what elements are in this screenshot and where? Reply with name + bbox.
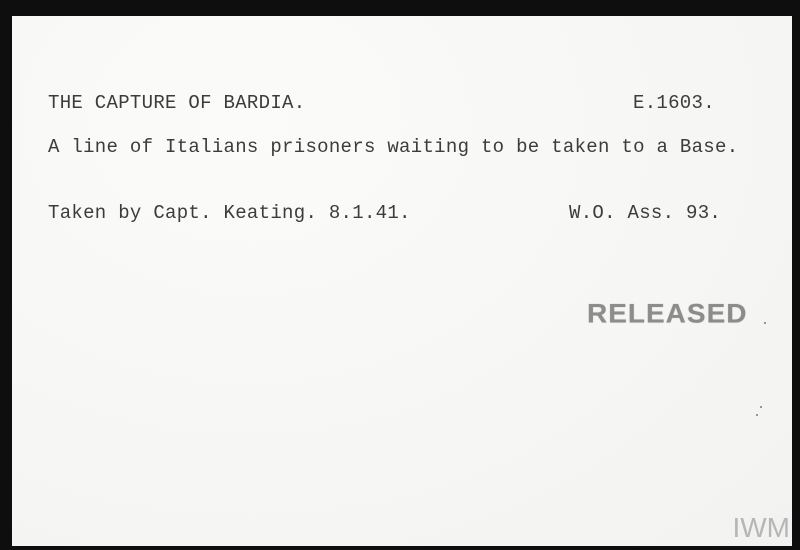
ink-speck: [760, 406, 762, 408]
photo-caption: A line of Italians prisoners waiting to …: [48, 136, 788, 158]
released-stamp: RELEASED: [587, 299, 747, 329]
archive-index-card: THE CAPTURE OF BARDIA. E.1603. A line of…: [12, 16, 792, 546]
ink-speck: [756, 414, 758, 416]
card-title: THE CAPTURE OF BARDIA.: [48, 92, 305, 114]
ink-speck: [764, 322, 766, 324]
photographer-credit: Taken by Capt. Keating. 8.1.41.: [48, 202, 411, 224]
war-office-reference: W.O. Ass. 93.: [569, 202, 721, 224]
iwm-watermark-logo: IWM: [732, 512, 790, 544]
catalogue-reference: E.1603.: [633, 92, 715, 114]
